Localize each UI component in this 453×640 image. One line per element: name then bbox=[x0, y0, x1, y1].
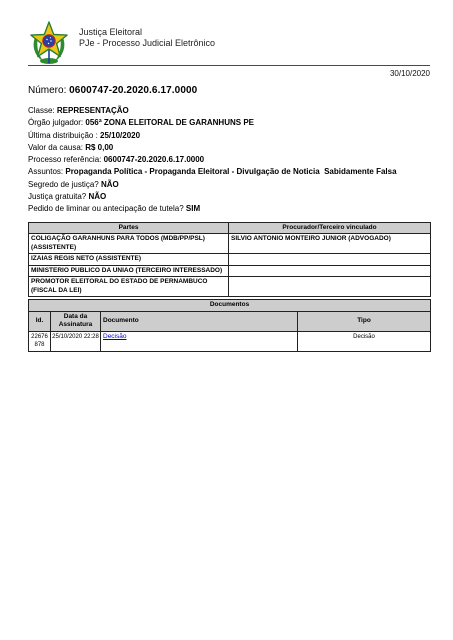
field-value: SIM bbox=[186, 204, 200, 213]
field-justica-gratuita: Justiça gratuita? NÃO bbox=[28, 191, 430, 203]
field-label: Segredo de justiça? bbox=[28, 180, 101, 189]
parte-cell: IZAIAS REGIS NETO (ASSISTENTE) bbox=[29, 254, 229, 266]
document-page: Justiça Eleitoral PJe - Processo Judicia… bbox=[0, 21, 453, 352]
table-row: PROMOTOR ELEITORAL DO ESTADO DE PERNAMBU… bbox=[29, 277, 431, 297]
field-value: Propaganda Política - Propaganda Eleitor… bbox=[65, 167, 396, 176]
field-label: Última distribuição : bbox=[28, 131, 100, 140]
field-label: Classe: bbox=[28, 106, 57, 115]
system-name: PJe - Processo Judicial Eletrônico bbox=[79, 38, 215, 49]
parte-cell: PROMOTOR ELEITORAL DO ESTADO DE PERNAMBU… bbox=[29, 277, 229, 297]
field-label: Órgão julgador: bbox=[28, 118, 85, 127]
procurador-cell bbox=[229, 254, 431, 266]
field-value: R$ 0,00 bbox=[85, 143, 113, 152]
field-label: Assuntos: bbox=[28, 167, 65, 176]
case-fields: Classe: REPRESENTAÇÃO Órgão julgador: 05… bbox=[28, 105, 430, 216]
field-value: REPRESENTAÇÃO bbox=[57, 106, 129, 115]
procurador-cell: SILVIO ANTONIO MONTEIRO JUNIOR (ADVOGADO… bbox=[229, 234, 431, 254]
field-value: 25/10/2020 bbox=[100, 131, 140, 140]
field-value: 056ª ZONA ELEITORAL DE GARANHUNS PE bbox=[85, 118, 254, 127]
table-row: COLIGAÇÃO GARANHUNS PARA TODOS (MDB/PP/P… bbox=[29, 234, 431, 254]
partes-header-row: Partes Procurador/Terceiro vinculado bbox=[29, 222, 431, 234]
field-valor-da-causa: Valor da causa: R$ 0,00 bbox=[28, 142, 430, 154]
documentos-table: Documentos Id. Data da Assinatura Docume… bbox=[28, 299, 431, 352]
signature-date-cell: 25/10/2020 22:28 bbox=[51, 331, 101, 351]
field-value: 0600747-20.2020.6.17.0000 bbox=[104, 155, 205, 164]
table-row: MINISTERIO PUBLICO DA UNIAO (TERCEIRO IN… bbox=[29, 265, 431, 277]
field-segredo-justica: Segredo de justiça? NÃO bbox=[28, 179, 430, 191]
document-type-cell: Decisão bbox=[298, 331, 431, 351]
org-name: Justiça Eleitoral bbox=[79, 27, 215, 38]
case-number-label: Número: bbox=[28, 85, 66, 96]
field-ultima-distribuicao: Última distribuição : 25/10/2020 bbox=[28, 130, 430, 142]
document-link[interactable]: Decisão bbox=[103, 333, 126, 340]
documentos-header-row: Id. Data da Assinatura Documento Tipo bbox=[29, 311, 431, 331]
case-number-value: 0600747-20.2020.6.17.0000 bbox=[69, 85, 197, 96]
documentos-banner-row: Documentos bbox=[29, 300, 431, 312]
parte-cell: MINISTERIO PUBLICO DA UNIAO (TERCEIRO IN… bbox=[29, 265, 229, 277]
field-processo-referencia: Processo referência: 0600747-20.2020.6.1… bbox=[28, 154, 430, 166]
field-pedido-liminar: Pedido de liminar ou antecipação de tute… bbox=[28, 203, 430, 215]
documento-header-cell: Documento bbox=[101, 311, 298, 331]
field-label: Pedido de liminar ou antecipação de tute… bbox=[28, 204, 186, 213]
procurador-cell bbox=[229, 265, 431, 277]
document-link-cell: Decisão bbox=[101, 331, 298, 351]
field-assuntos: Assuntos: Propaganda Política - Propagan… bbox=[28, 166, 430, 178]
document-date: 30/10/2020 bbox=[28, 69, 430, 78]
procurador-header-cell: Procurador/Terceiro vinculado bbox=[229, 222, 431, 234]
field-label: Processo referência: bbox=[28, 155, 104, 164]
field-value: NÃO bbox=[88, 192, 106, 201]
field-classe: Classe: REPRESENTAÇÃO bbox=[28, 105, 430, 117]
justica-eleitoral-coat-of-arms-icon bbox=[28, 21, 70, 65]
tipo-header-cell: Tipo bbox=[298, 311, 431, 331]
procurador-cell bbox=[229, 277, 431, 297]
parte-cell: COLIGAÇÃO GARANHUNS PARA TODOS (MDB/PP/P… bbox=[29, 234, 229, 254]
id-header-cell: Id. bbox=[29, 311, 51, 331]
data-assinatura-header-cell: Data da Assinatura bbox=[51, 311, 101, 331]
field-value: NÃO bbox=[101, 180, 119, 189]
field-label: Justiça gratuita? bbox=[28, 192, 88, 201]
case-number-line: Número: 0600747-20.2020.6.17.0000 bbox=[28, 85, 430, 96]
document-id-cell: 22676878 bbox=[29, 331, 51, 351]
header-divider bbox=[28, 65, 430, 66]
header-titles: Justiça Eleitoral PJe - Processo Judicia… bbox=[79, 27, 215, 49]
table-row: IZAIAS REGIS NETO (ASSISTENTE) bbox=[29, 254, 431, 266]
field-label: Valor da causa: bbox=[28, 143, 85, 152]
table-row: 22676878 25/10/2020 22:28 Decisão Decisã… bbox=[29, 331, 431, 351]
header: Justiça Eleitoral PJe - Processo Judicia… bbox=[28, 21, 430, 65]
partes-table: Partes Procurador/Terceiro vinculado COL… bbox=[28, 222, 431, 298]
documentos-title: Documentos bbox=[29, 300, 431, 312]
partes-header-cell: Partes bbox=[29, 222, 229, 234]
field-orgao-julgador: Órgão julgador: 056ª ZONA ELEITORAL DE G… bbox=[28, 117, 430, 129]
